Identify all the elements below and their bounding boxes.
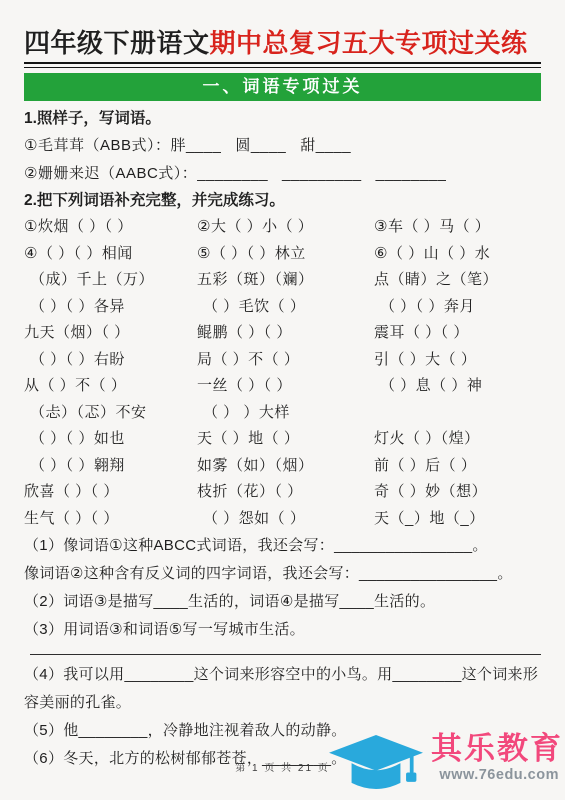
word-item: 灯火（ ）（煌） [374, 426, 545, 453]
word-item: （ ）（ ）翱翔 [24, 453, 197, 480]
word-item: 局（ ）不（ ） [197, 347, 374, 374]
title-grade-part: 四年级下册语文 [24, 28, 210, 58]
word-item: （ ）毛饮（ ） [197, 294, 374, 321]
word-item: ③车（ ）马（ ） [374, 214, 545, 241]
word-item: （ ）怨如（ ） [197, 506, 374, 533]
section-banner: 一、词语专项过关 [24, 73, 541, 101]
word-item: （ ）（ ）奔月 [374, 294, 545, 321]
logo-website: www.76edu.com [439, 766, 563, 784]
word-item [374, 400, 545, 427]
word-item: 一丝（ ）（ ） [197, 373, 374, 400]
worksheet-content: 1.照样子，写词语。 ①毛茸茸（ABB式）：胖____ 圆____ 甜____ … [0, 101, 565, 773]
exercise1-item-1: ①毛茸茸（ABB式）：胖____ 圆____ 甜____ [24, 132, 545, 160]
word-item: 枝折（花）（ ） [197, 479, 374, 506]
question-3: （3）用词语③和词语⑤写一写城市生活。 [24, 616, 545, 644]
word-item: （ ）（ ）如也 [24, 426, 197, 453]
word-item: 引（ ）大（ ） [374, 347, 545, 374]
word-item: 生气（ ）（ ） [24, 506, 197, 533]
question-4: （4）我可以用________这个词来形容空中的小鸟。用________这个词来… [24, 661, 545, 717]
exercise2-heading: 2.把下列词语补充完整，并完成练习。 [24, 188, 545, 214]
page-title: 四年级下册语文期中总复习五大专项过关练 [24, 27, 541, 59]
word-item: ⑥（ ）山（ ）水 [374, 241, 545, 268]
word-item: （ ）（ ）右盼 [24, 347, 197, 374]
title-exam-part: 期中总复习五大专项过关练 [210, 28, 528, 58]
word-item: 鲲鹏（ ）（ ） [197, 320, 374, 347]
word-item: 前（ ）后（ ） [374, 453, 545, 480]
word-item: ④（ ）（ ）相闻 [24, 241, 197, 268]
publisher-logo: 其乐教育 www.76edu.com [323, 728, 565, 800]
word-item: 震耳（ ）（ ） [374, 320, 545, 347]
word-item: （ ）（ ）各异 [24, 294, 197, 321]
title-underline [24, 62, 541, 68]
question-1a: （1）像词语①这种ABCC式词语，我还会写：________________。 [24, 532, 545, 560]
word-item: 点（睛）之（笔） [374, 267, 545, 294]
worksheet-page: 四年级下册语文期中总复习五大专项过关练 一、词语专项过关 1.照样子，写词语。 … [0, 0, 565, 800]
word-item: 天（ ）地（ ） [197, 426, 374, 453]
exercise1-item-2: ②姗姗来迟（AABC式）：________ _________ ________ [24, 160, 545, 188]
word-item: 从（ ）不（ ） [24, 373, 197, 400]
logo-text-block: 其乐教育 www.76edu.com [431, 732, 563, 784]
page-header: 四年级下册语文期中总复习五大专项过关练 一、词语专项过关 [0, 0, 565, 101]
word-item: 欣喜（ ）（ ） [24, 479, 197, 506]
word-item: 五彩（斑）（斓） [197, 267, 374, 294]
word-item: （ ）息（ ）神 [374, 373, 545, 400]
question-2: （2）词语③是描写____生活的，词语④是描写____生活的。 [24, 588, 545, 616]
word-item: ②大（ ）小（ ） [197, 214, 374, 241]
word-item: 如雾（如）（烟） [197, 453, 374, 480]
word-item: ①炊烟（ ）（ ） [24, 214, 197, 241]
question-1b: 像词语②这种含有反义词的四字词语，我还会写：________________。 [24, 560, 545, 588]
word-grid: ①炊烟（ ）（ ）②大（ ）小（ ）③车（ ）马（ ）④（ ）（ ）相闻⑤（ ）… [24, 214, 545, 532]
word-item: ⑤（ ）（ ）林立 [197, 241, 374, 268]
graduation-cap-icon [327, 734, 425, 796]
logo-brand-name: 其乐教育 [431, 732, 563, 766]
word-item: （忐）（忑）不安 [24, 400, 197, 427]
word-item: （ ） ）大样 [197, 400, 374, 427]
exercise1-heading: 1.照样子，写词语。 [24, 106, 545, 132]
word-item: 九天（烟）（ ） [24, 320, 197, 347]
answer-writing-line [30, 644, 541, 655]
word-item: （成）千上（万） [24, 267, 197, 294]
word-item: 奇（ ）妙（想） [374, 479, 545, 506]
word-item: 天（_）地（_） [374, 506, 545, 533]
